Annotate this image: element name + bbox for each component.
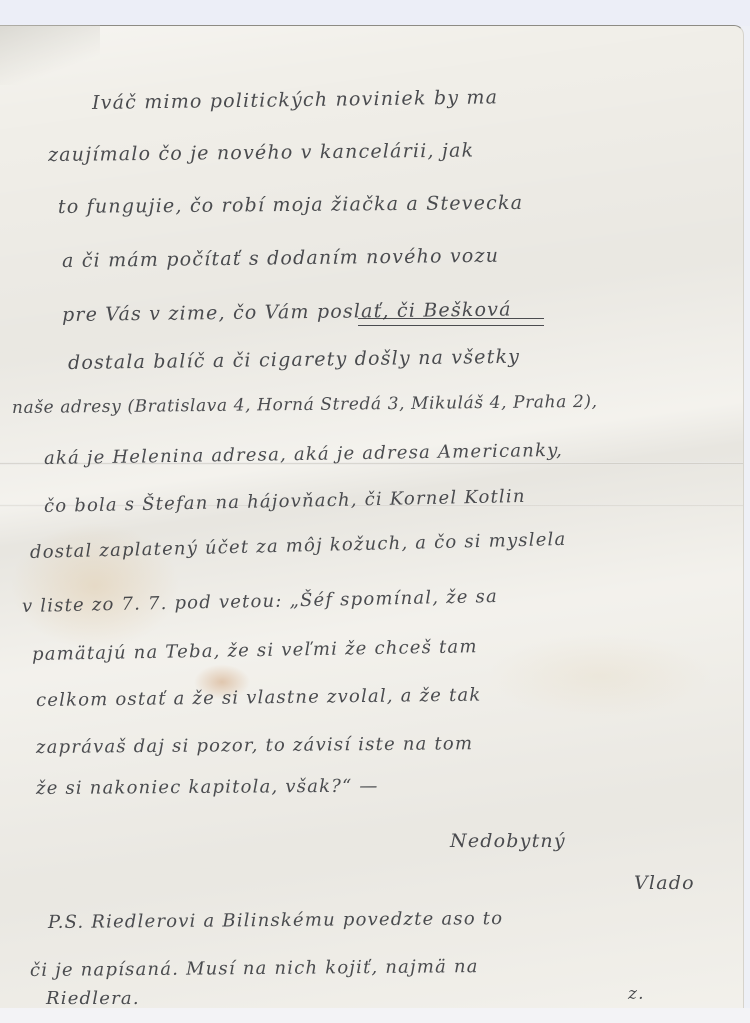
letter-line: zaujímalo čo je nového v kancelárii, jak bbox=[48, 140, 475, 166]
letter-line: zaprávaš daj si pozor, to závisí iste na… bbox=[36, 733, 473, 758]
letter-paper bbox=[0, 25, 744, 1011]
postscript-line: či je napísaná. Musí na nich kojiť, najm… bbox=[30, 956, 479, 981]
postscript-line: P.S. Riedlerovi a Bilinskému povedzte as… bbox=[48, 908, 503, 933]
double-underline bbox=[358, 318, 544, 326]
signature: Vlado bbox=[634, 872, 695, 894]
letter-line: že si nakoniec kapitola, však?“ — bbox=[36, 776, 379, 799]
letter-line: to fungujie, čo robí moja žiačka a Steve… bbox=[58, 192, 523, 218]
folded-corner bbox=[0, 25, 100, 85]
scanner-background-top bbox=[0, 0, 750, 26]
closing-phrase: Nedobytný bbox=[450, 830, 566, 852]
postscript-line: Riedlera. bbox=[46, 988, 140, 1009]
postscript-mark: z. bbox=[628, 984, 645, 1004]
scanner-background-bottom bbox=[0, 1008, 750, 1023]
